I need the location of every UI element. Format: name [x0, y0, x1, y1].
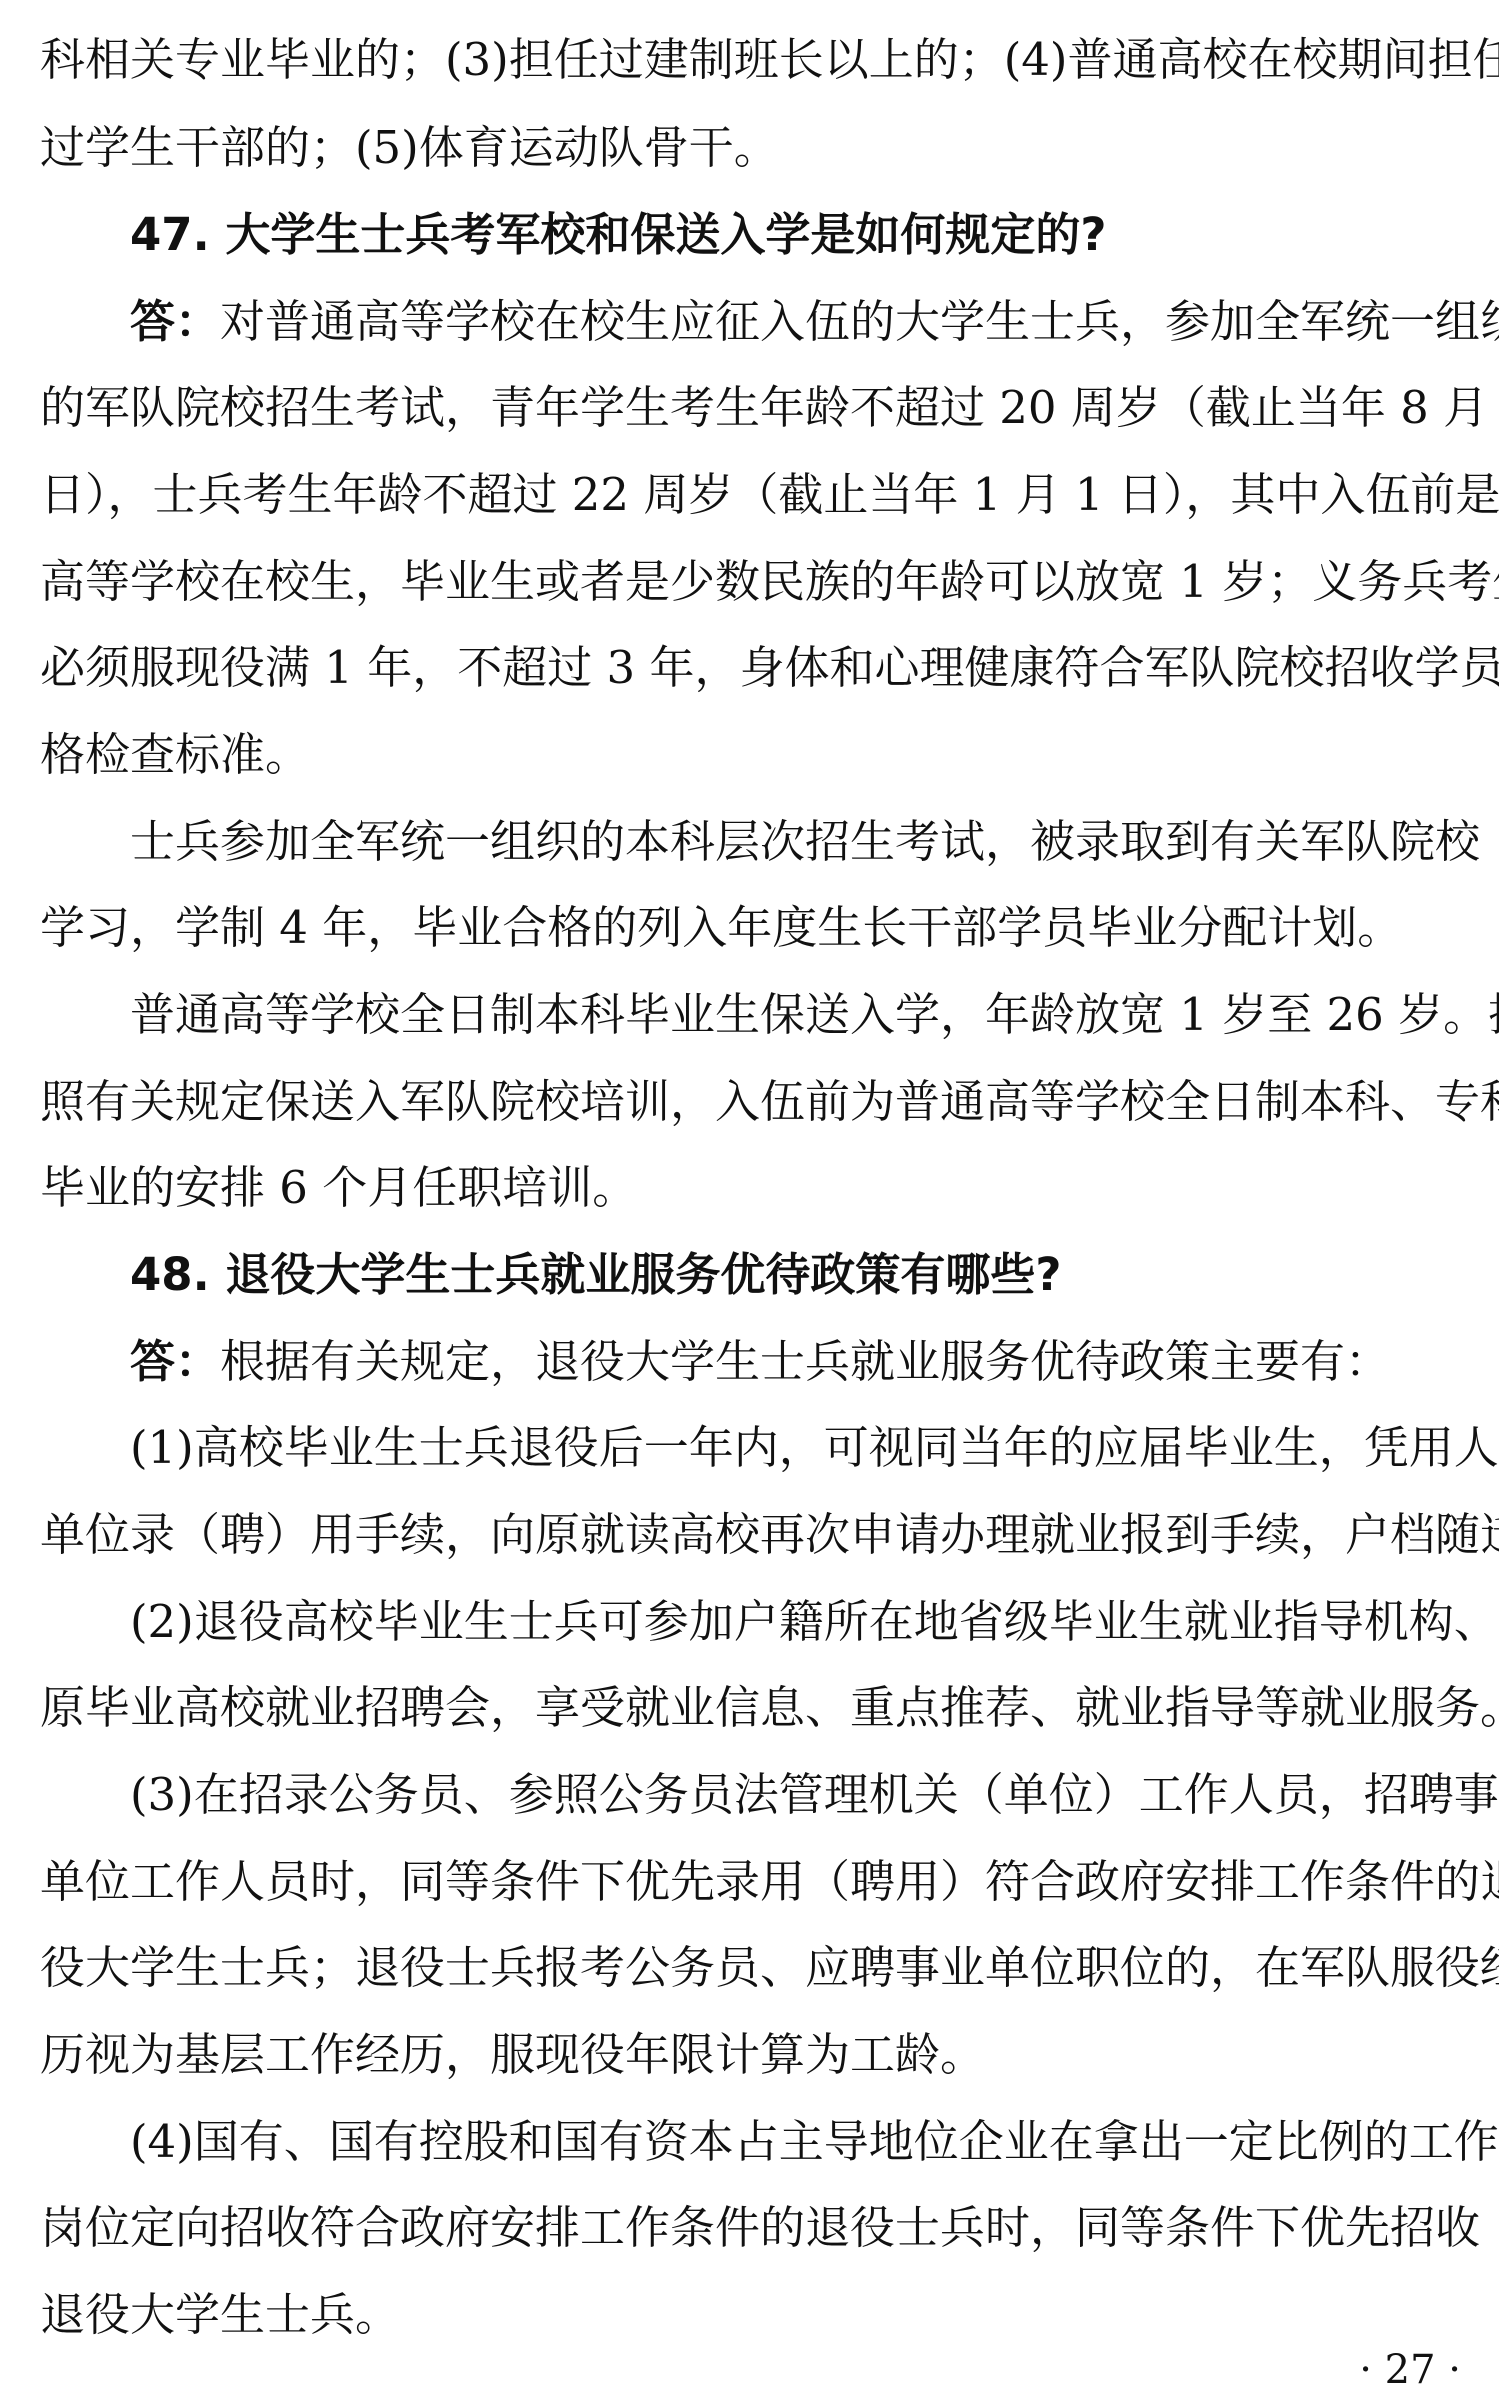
- text-line: 毕业的安排 6 个月任职培训。: [40, 1144, 1460, 1232]
- text-line: 历视为基层工作经历，服现役年限计算为工龄。: [40, 2011, 1460, 2099]
- question-heading-48: 48. 退役大学生士兵就业服务优待政策有哪些?: [40, 1231, 1460, 1319]
- text-line: 单位工作人员时，同等条件下优先录用（聘用）符合政府安排工作条件的退: [40, 1838, 1460, 1926]
- answer-text: 对普通高等学校在校生应征入伍的大学生士兵，参加全军统一组织: [220, 295, 1499, 348]
- list-item-2: (2)退役高校毕业生士兵可参加户籍所在地省级毕业生就业指导机构、: [40, 1578, 1460, 1666]
- page-number: · 27 ·: [1359, 2340, 1461, 2395]
- question-heading-47: 47. 大学生士兵考军校和保送入学是如何规定的?: [40, 191, 1460, 279]
- text-line: 格检查标准。: [40, 711, 1460, 799]
- text-line: 士兵参加全军统一组织的本科层次招生考试，被录取到有关军队院校: [40, 798, 1460, 886]
- answer-text: 根据有关规定，退役大学生士兵就业服务优待政策主要有：: [220, 1335, 1390, 1388]
- text-line: 照有关规定保送入军队院校培训，入伍前为普通高等学校全日制本科、专科: [40, 1058, 1460, 1146]
- text-line: 科相关专业毕业的；(3)担任过建制班长以上的；(4)普通高校在校期间担任: [40, 16, 1460, 104]
- text-line: 高等学校在校生，毕业生或者是少数民族的年龄可以放宽 1 岁；义务兵考生: [40, 538, 1460, 626]
- text-line: 单位录（聘）用手续，向原就读高校再次申请办理就业报到手续，户档随迁。: [40, 1491, 1460, 1579]
- list-item-1: (1)高校毕业生士兵退役后一年内，可视同当年的应届毕业生，凭用人: [40, 1404, 1460, 1492]
- text-line: 岗位定向招收符合政府安排工作条件的退役士兵时，同等条件下优先招收: [40, 2184, 1460, 2272]
- answer-line: 答：根据有关规定，退役大学生士兵就业服务优待政策主要有：: [40, 1318, 1460, 1406]
- text-line: 普通高等学校全日制本科毕业生保送入学，年龄放宽 1 岁至 26 岁。按: [40, 971, 1460, 1059]
- text-line: 日），士兵考生年龄不超过 22 周岁（截止当年 1 月 1 日），其中入伍前是普…: [40, 451, 1460, 539]
- list-item-4: (4)国有、国有控股和国有资本占主导地位企业在拿出一定比例的工作: [40, 2098, 1460, 2186]
- text-line: 学习，学制 4 年，毕业合格的列入年度生长干部学员毕业分配计划。: [40, 884, 1460, 972]
- text-line: 原毕业高校就业招聘会，享受就业信息、重点推荐、就业指导等就业服务。: [40, 1664, 1460, 1752]
- text-line: 的军队院校招生考试，青年学生考生年龄不超过 20 周岁（截止当年 8 月 31: [40, 364, 1460, 452]
- text-line: 役大学生士兵；退役士兵报考公务员、应聘事业单位职位的，在军队服役经: [40, 1924, 1460, 2012]
- text-line: 过学生干部的；(5)体育运动队骨干。: [40, 104, 1460, 192]
- list-item-3: (3)在招录公务员、参照公务员法管理机关（单位）工作人员，招聘事业: [40, 1751, 1460, 1839]
- text-line: 必须服现役满 1 年，不超过 3 年，身体和心理健康符合军队院校招收学员体: [40, 624, 1460, 712]
- answer-line: 答：对普通高等学校在校生应征入伍的大学生士兵，参加全军统一组织: [40, 278, 1460, 366]
- answer-label: 答：: [130, 295, 220, 348]
- text-line: 退役大学生士兵。: [40, 2271, 1460, 2359]
- answer-label: 答：: [130, 1335, 220, 1388]
